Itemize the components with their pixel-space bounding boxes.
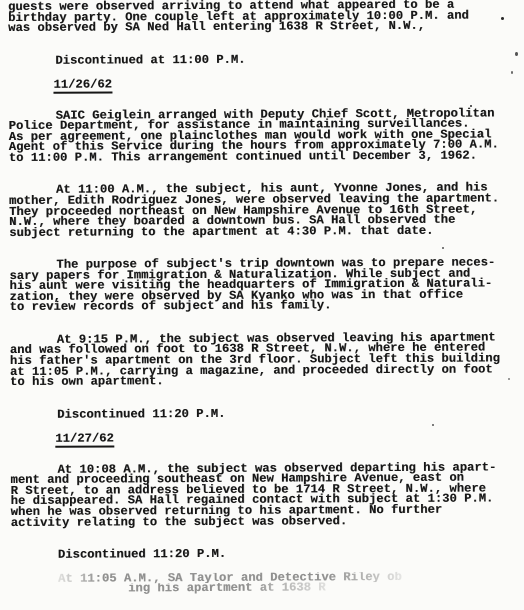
paragraph: At 9:15 P.M., the subject was observed l… [10, 332, 518, 387]
date-heading: 11/26/62 [8, 78, 516, 94]
scan-speck [515, 52, 518, 56]
text-line: ing his apartment at 1638 R [128, 581, 519, 594]
paragraph: SAIC Geiglein arranged with Deputy Chief… [9, 108, 517, 163]
document-content: guests were observed arriving to attend … [8, 0, 519, 595]
faded-paragraph: At 11:05 A.M., SA Taylor and Detective R… [11, 571, 519, 595]
scan-speck [508, 378, 510, 380]
status-line: Discontinued 11:20 P.M. [10, 407, 518, 420]
paragraph: guests were observed arriving to attend … [8, 0, 516, 34]
date-heading: 11/27/62 [10, 432, 518, 448]
text-line: Discontinued 11:20 P.M. [57, 407, 518, 420]
scan-speck [430, 3, 432, 5]
paragraph: At 11:00 A.M., the subject, his aunt, Yv… [9, 183, 517, 238]
text-line: Discontinued at 11:00 P.M. [55, 53, 516, 66]
text-line: 11/26/62 [53, 80, 112, 94]
text-line: activity relating to the subject was obs… [11, 515, 519, 528]
status-line: Discontinued at 11:00 P.M. [8, 53, 516, 66]
text-line: subject returning to the apartment at 4:… [9, 225, 517, 238]
document-page: guests were observed arriving to attend … [0, 0, 524, 610]
status-line: Discontinued 11:20 P.M. [11, 547, 519, 560]
scan-speck [442, 247, 444, 249]
paragraph: The purpose of subject's trip downtown w… [9, 258, 517, 313]
text-line: to 11:00 P.M. This arrangement continued… [9, 150, 517, 163]
text-line: 11/27/62 [55, 434, 114, 448]
text-line: Discontinued 11:20 P.M. [58, 547, 519, 560]
text-line: was observed by SA Ned Hall entering 163… [8, 20, 516, 33]
paragraph: At 10:08 A.M., the subject was observed … [10, 462, 518, 528]
scan-speck [511, 71, 513, 74]
scan-speck [501, 17, 504, 20]
scan-speck [470, 105, 472, 107]
text-line: to review records of subject and his fam… [10, 300, 518, 313]
scan-speck [432, 424, 434, 426]
